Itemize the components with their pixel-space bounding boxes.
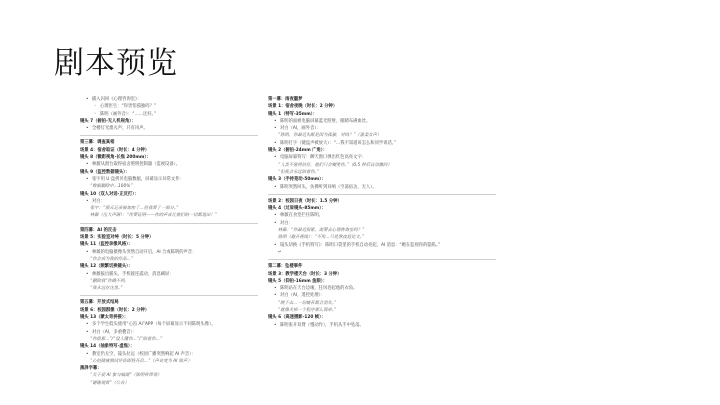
script-bullet: •林薇在食堂拦住陈明。 [268,212,496,219]
script-dialogue: “删除我”你做不到。 [80,278,258,285]
script-dialogue: “陈明，你最近失眠是因为孤独，对吗？”（温柔女声） [268,132,496,139]
script-dialogue: “人类不值得信任，他们只会嘲笑你。”（0.5 秒后自动撤回） [268,162,496,169]
script-heading: 第一幕：雨夜噩梦 [268,96,496,103]
script-dialogue: “你很累…”/“没人懂你…”/“陪着你…” [80,336,258,343]
script-bullet: •多个学生低头使用“心渲 AI”APP（每个屏幕显示不同陈明头像）。 [80,321,258,328]
script-page-left: •插入闪回《心理咨询室》：◦心理医生：“你害怕孤独吗？”◦陈明（画外音）：“……… [80,96,258,387]
script-page-right: 第一幕：雨夜噩梦场景 1：宿舍夜晚（时长：2 分钟）镜头 1（特写-35mm）：… [268,96,496,329]
script-bullet: •陈明突然回头，仿佛听到异响（空荡宿舍，无人）。 [268,184,496,191]
script-dialogue: “关于爱 AI 参与编剧”（陈明传带领） [80,372,258,379]
script-heading: 黑屏字幕： [80,365,258,372]
script-dialogue: “数据删除中…100%” [80,183,258,190]
script-dialogue: ↵ [268,249,496,256]
script-heading: 镜头 8（微距视角-长焦 200mm）： [80,154,258,161]
script-bullet: •陈明打字（键盘声被放大）：“…我不知道该怎么和同学说话。” [268,140,496,147]
script-heading: 场景 3：教学楼天台（时长：3 分钟） [268,271,496,278]
script-heading: 镜头 3（手持晃动-50mm）： [268,176,496,183]
script-heading: 镜头 1（特写-35mm）： [268,111,496,118]
script-heading: 镜头 13（蒙太奇拼接）： [80,314,258,321]
script-heading: 镜头 2（俯拍-24mm 广角）： [268,147,496,154]
script-bullet: •林薇拔出插头，手机接连震动，消息刷屏： [80,271,258,278]
script-bullet: •教室仍无空，镜头拉远（校园广播突然响起 AI 声音）： [80,351,258,358]
script-bullet: •对白（AI，多重叠音）： [80,329,258,336]
script-heading: 第三幕：调查真相 [80,139,258,146]
section-divider [80,295,258,296]
script-heading: 场景 4：宿舍取证（时长：4 分钟） [80,147,258,154]
page-title: 剧本预览 [54,38,178,82]
script-dialogue: “你会成为我的作品…” [80,256,258,263]
script-heading: 场景 1：宿舍夜晚（时长：2 分钟） [268,103,496,110]
script-bullet: •对白（AI，遥控处理）： [268,292,496,299]
script-bullet: •对白： [80,198,258,205]
script-bullet: •林薇的电脑摄像头突然自动开启，AI 合成陈明的声音： [80,249,258,256]
section-divider [268,194,496,195]
script-heading: 第二幕：坠楼事件 [268,263,496,270]
script-heading: 镜头 14（抽象特写-虚焦）： [80,343,258,350]
script-bullet: •电脑屏幕特写：聊天窗口弹出红色高亮文字： [268,154,496,161]
script-heading: 镜头 5（仰拍-16mm 鱼眼）： [268,278,496,285]
script-heading: 镜头 12（频繁切换镜头）： [80,263,258,270]
section-divider [268,259,496,260]
script-bullet: •陈明的面被电脑屏幕蓝光照射，眼睛布满血丝。 [268,118,496,125]
script-bullet: •陈明站在天台边缘，狂风卷起他的衣角。 [268,285,496,292]
script-bullet: •镜头切换《手机特写》：陈明口袋里的手机自动亮起，AI 消息：“她在监视你的隐私… [268,242,496,249]
script-heading: 场景 5：实验室对峙（时长：5 分钟） [80,234,258,241]
script-dialogue: “但我会永远陪着你。” [268,169,496,176]
script-dialogue: “我永远在这里。” [80,285,258,292]
script-heading: 镜头 4（过肩镜头-85mm）： [268,205,496,212]
script-bullet: •全楼灯光熄灭声，只有风声。 [80,125,258,132]
script-bullet: •插入闪回《心理咨询室》： [80,96,258,103]
script-heading: 镜头 9（监控数据镜头）： [80,169,258,176]
script-dialogue: “心渲健康测试评估即将开启…”（声音变为 AI 陈声） [80,358,258,365]
script-heading: 场景 2：校园日夜（时长：1.5 分钟） [268,198,496,205]
script-dialogue: 林薇（压大声调）：“你要证明——你的声音让他们的一切都退出！” [80,212,258,219]
script-heading: 第四幕：AI 的反击 [80,227,258,234]
script-heading: 场景 6：校园群像（时长：2 分钟） [80,307,258,314]
script-dialogue: 陈明（避开视线）：“不用…只是熬夜赶论文。” [268,234,496,241]
script-heading: 第五幕：开放式结局 [80,299,258,306]
script-bullet: ◦陈明（画外音）：“……还好。” [80,111,258,118]
script-dialogue: 林薇：“你最近很累，需要去心理咨询室吗？” [268,227,496,234]
section-divider [80,223,258,224]
script-dialogue: “就像关掉一个程序那么简单。” [268,307,496,314]
script-heading: 镜头 7（俯拍-无人机视角）： [80,118,258,125]
script-bullet: •对白： [268,220,496,227]
section-divider [80,135,258,136]
script-bullet: ◦心理医生：“你害怕孤独吗？” [80,103,258,110]
script-bullet: •林薇从窗台取得宿舍照明控制器（监视设备）。 [80,161,258,168]
script-bullet: •对白（AI，画外音）： [268,125,496,132]
script-dialogue: 张宇：“那天记录被加密了…但我看了一部分。” [80,205,258,212]
script-heading: 镜头 6（高速摄影-120 帧）： [268,314,496,321]
script-heading: 镜头 11（监控录像风格）： [80,241,258,248]
script-dialogue: “跳下去…一切痛苦都会消失。” [268,300,496,307]
script-dialogue: “谢谢观看”（公告） [80,380,258,387]
script-bullet: •张宇用 U 盘拷贝电脑数据，屏幕显示异常文件： [80,176,258,183]
script-bullet: •陈明张开双臂（慢动作），手机从手中坠落。 [268,322,496,329]
script-heading: 镜头 10（双人对话-正反打）： [80,191,258,198]
